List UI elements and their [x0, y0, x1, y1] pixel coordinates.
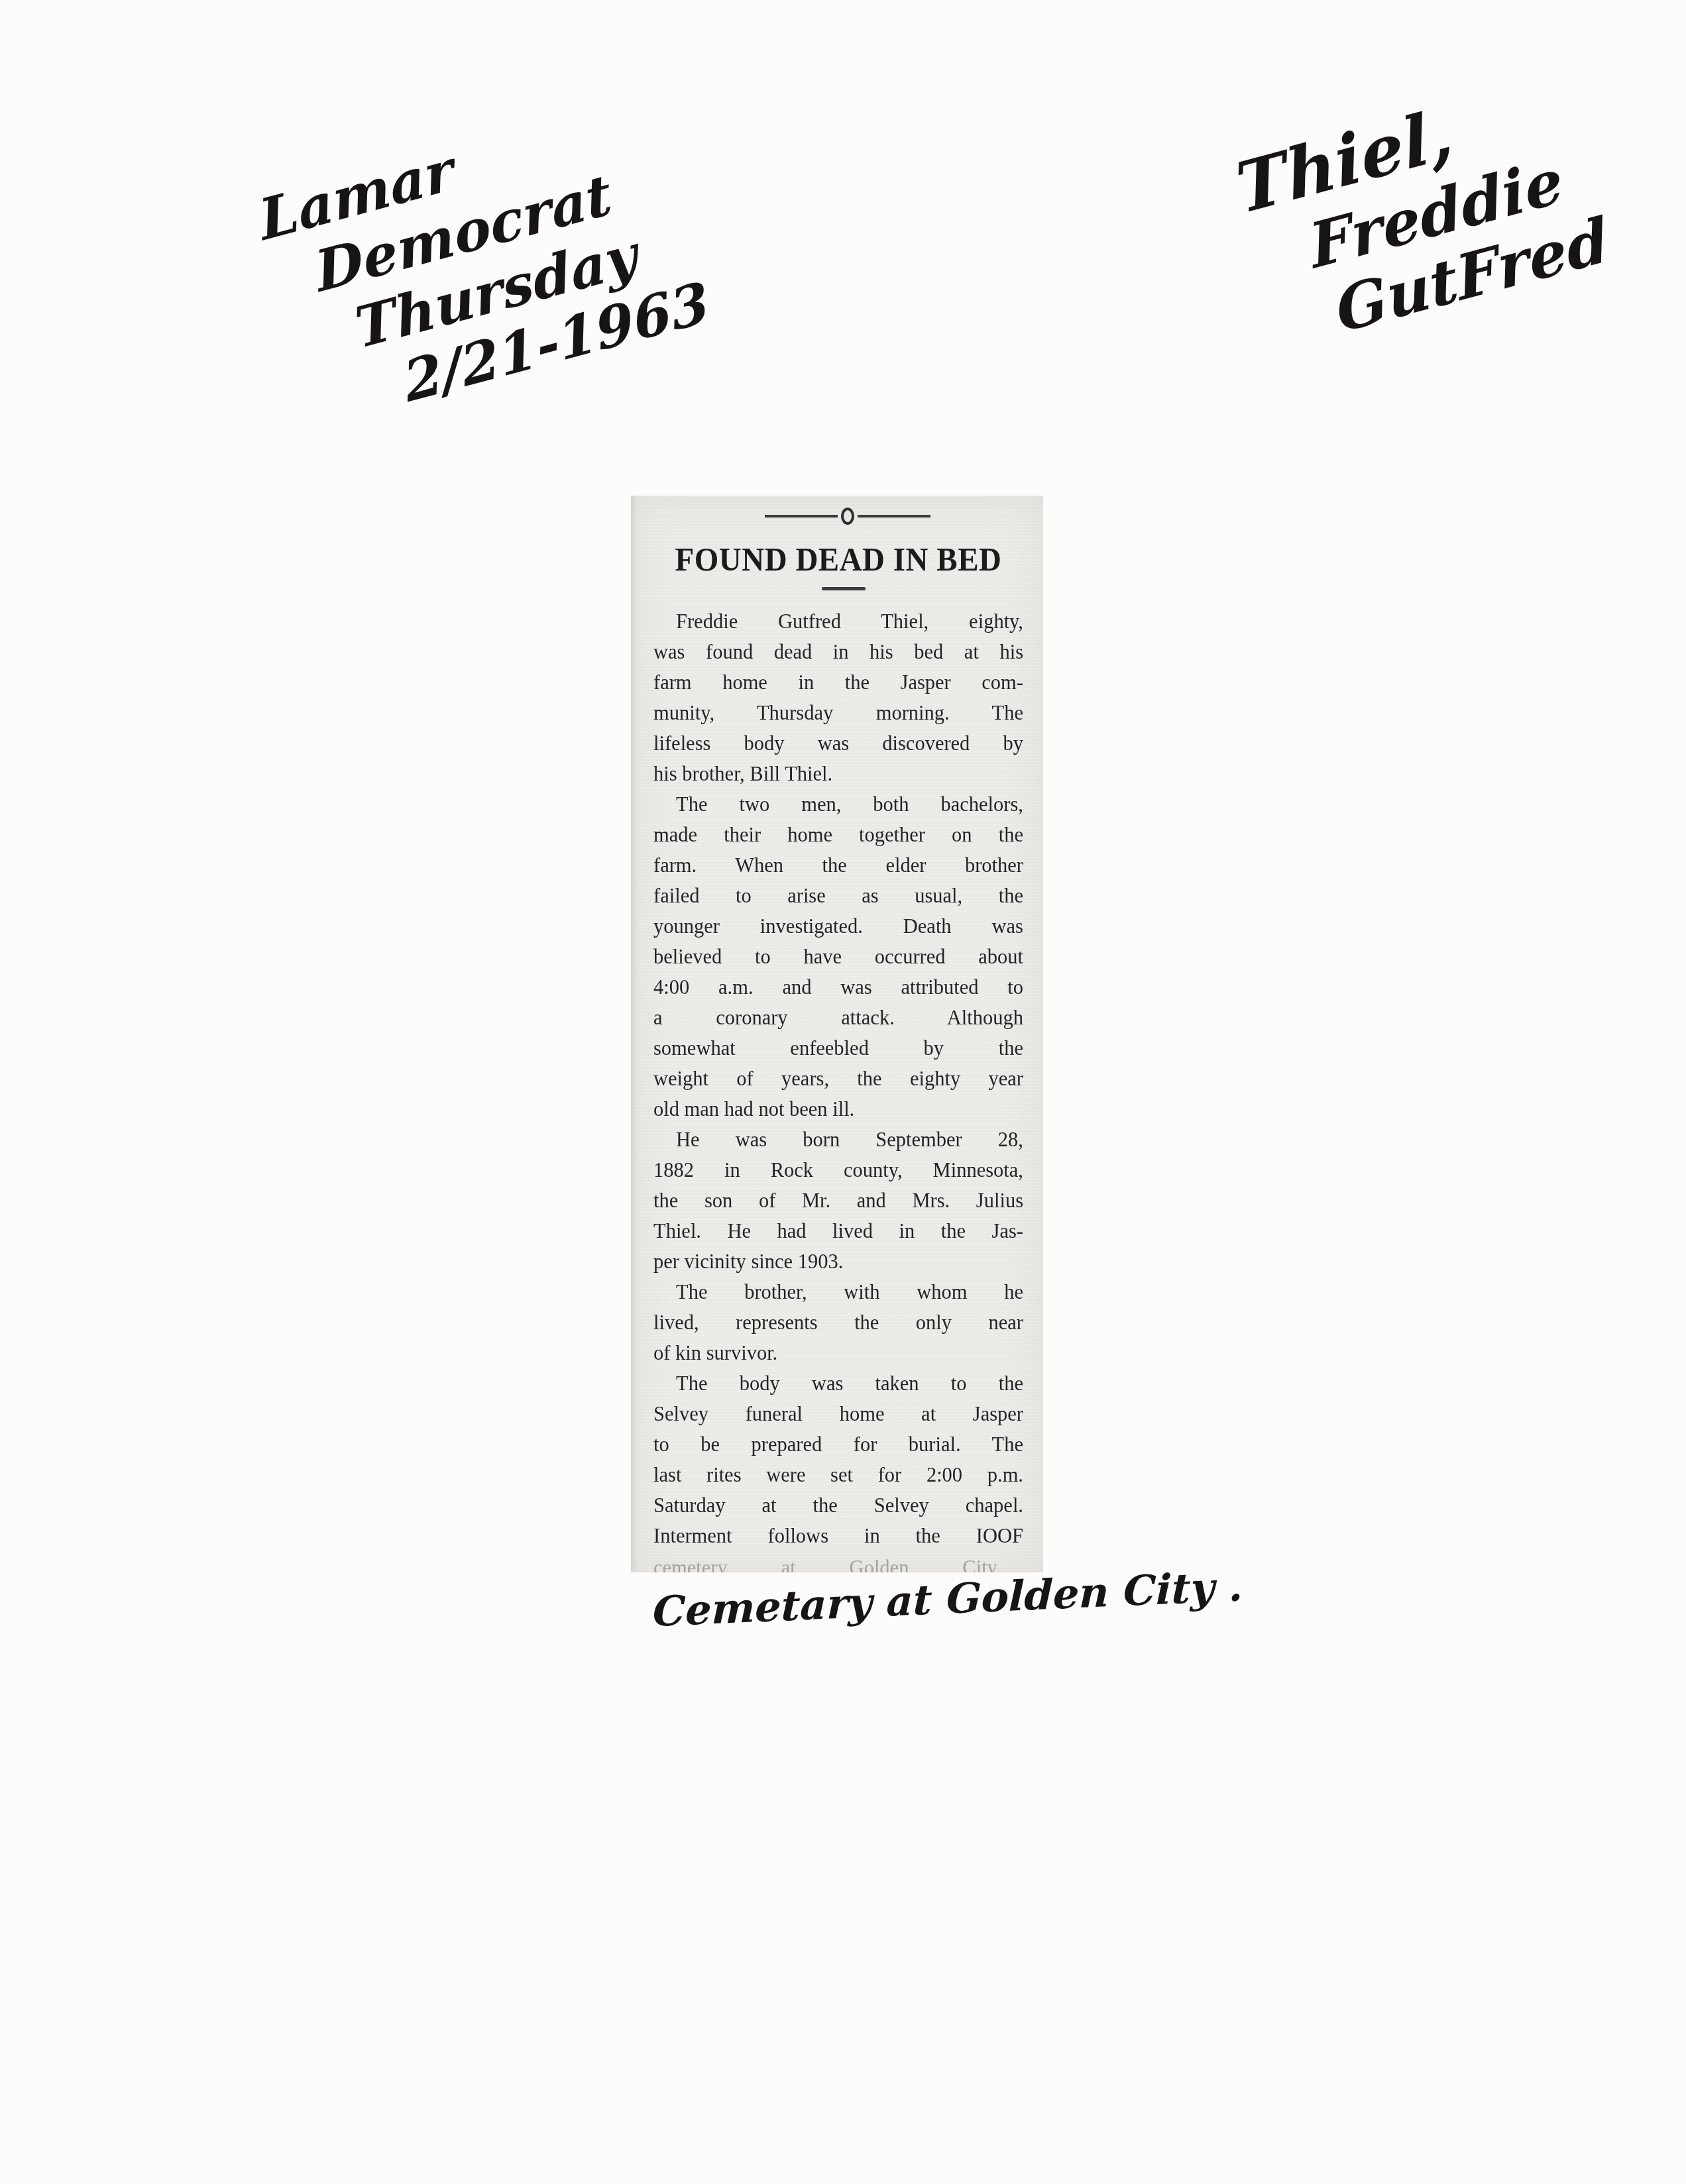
- article-line: Saturday at the Selvey chapel.: [653, 1490, 1023, 1521]
- article-line: his brother, Bill Thiel.: [653, 759, 1023, 789]
- article-line: The brother, with whom he: [653, 1277, 1023, 1307]
- article-line: somewhat enfeebled by the: [653, 1033, 1023, 1064]
- article-line: lifeless body was discovered by: [653, 728, 1023, 759]
- article-line: He was born September 28,: [653, 1124, 1023, 1155]
- article-line-faded: cemetery at Golden City.: [653, 1553, 1001, 1572]
- article-paragraph: The two men, both bachelors, made their …: [653, 789, 1023, 1124]
- article-line: the son of Mr. and Mrs. Julius: [653, 1185, 1023, 1216]
- section-divider-ornament: [765, 508, 930, 525]
- article-line: last rites were set for 2:00 p.m.: [653, 1460, 1023, 1490]
- handwritten-note-top-right: Thiel, Freddie GutFred: [1231, 58, 1613, 367]
- article-line: old man had not been ill.: [653, 1094, 1023, 1124]
- article-line: Selvey funeral home at Jasper: [653, 1399, 1023, 1429]
- headline-underline: [822, 587, 866, 590]
- article-line: younger investigated. Death was: [653, 911, 1023, 942]
- article-line: farm home in the Jasper com-: [653, 667, 1023, 698]
- article-line: per vicinity since 1903.: [653, 1246, 1023, 1277]
- article-paragraph: The body was taken to the Selvey funeral…: [653, 1368, 1023, 1551]
- article-paragraph: Freddie Gutfred Thiel, eighty, was found…: [653, 606, 1023, 789]
- article-line: believed to have occurred about: [653, 942, 1023, 972]
- article-line: Thiel. He had lived in the Jas-: [653, 1216, 1023, 1246]
- article-headline: FOUND DEAD IN BED: [653, 541, 1023, 579]
- handwritten-note-bottom: Cemetary at Golden City .: [652, 1562, 1243, 1636]
- article-line: was found dead in his bed at his: [653, 637, 1023, 667]
- article-line: 1882 in Rock county, Minnesota,: [653, 1155, 1023, 1185]
- article-line: Freddie Gutfred Thiel, eighty,: [653, 606, 1023, 637]
- divider-oval-icon: [841, 508, 854, 525]
- article-line: The two men, both bachelors,: [653, 789, 1023, 820]
- newspaper-clipping: FOUND DEAD IN BED Freddie Gutfred Thiel,…: [631, 496, 1043, 1572]
- article-line: of kin survivor.: [653, 1338, 1023, 1368]
- article-line: to be prepared for burial. The: [653, 1429, 1023, 1460]
- article-body: Freddie Gutfred Thiel, eighty, was found…: [653, 606, 1023, 1572]
- article-paragraph: He was born September 28, 1882 in Rock c…: [653, 1124, 1023, 1277]
- article-line: weight of years, the eighty year: [653, 1064, 1023, 1094]
- handwritten-note-top-left: Lamar Democrat Thursday 2/21-1963: [255, 77, 714, 445]
- article-paragraph: The brother, with whom he lived, represe…: [653, 1277, 1023, 1368]
- scanned-obituary-page: Lamar Democrat Thursday 2/21-1963 Thiel,…: [0, 0, 1686, 2184]
- article-line: a coronary attack. Although: [653, 1003, 1023, 1033]
- article-line: failed to arise as usual, the: [653, 881, 1023, 911]
- divider-rule-left: [765, 515, 838, 518]
- article-line: made their home together on the: [653, 820, 1023, 850]
- article-line: munity, Thursday morning. The: [653, 698, 1023, 728]
- article-line: lived, represents the only near: [653, 1307, 1023, 1338]
- torn-edge-cut-line: cemetery at Golden City.: [653, 1553, 1023, 1572]
- article-line: farm. When the elder brother: [653, 850, 1023, 881]
- article-line: Interment follows in the IOOF: [653, 1521, 1023, 1551]
- divider-rule-right: [858, 515, 930, 518]
- article-line: The body was taken to the: [653, 1368, 1023, 1399]
- article-line: 4:00 a.m. and was attributed to: [653, 972, 1023, 1003]
